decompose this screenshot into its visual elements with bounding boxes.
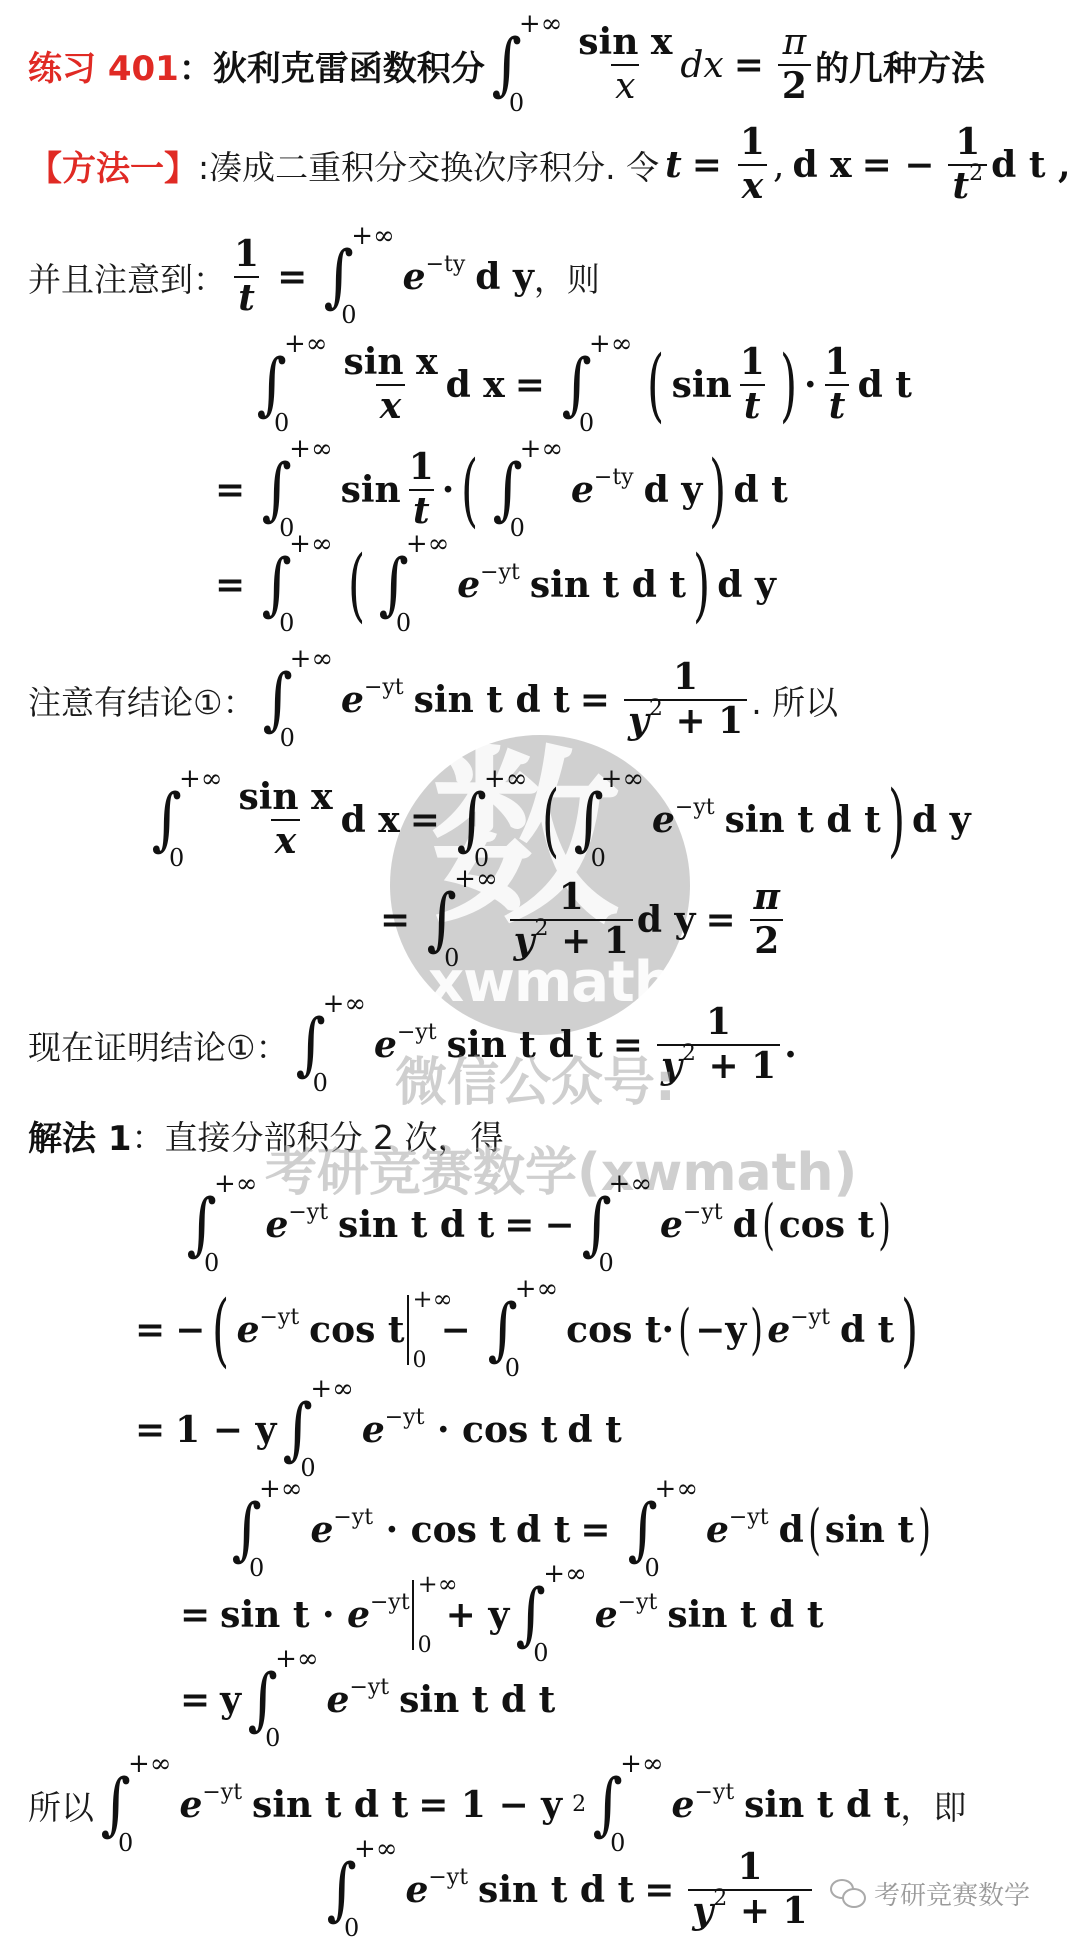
final-formula: ∫+∞0 e−ytsin t d t = 1 − y2 ∫+∞0 e−ytsin… [94, 1771, 900, 1839]
integral-sign: ∫+∞0 [489, 31, 568, 99]
result-line-2: = ∫+∞0 1y2 + 1 d y= π2 [380, 870, 788, 970]
substitution-formula: t= 1x , d x= − 1t2 d t , [659, 124, 1070, 206]
final-tail: ，即 [900, 1782, 966, 1829]
exercise-number: 练习 401 [28, 41, 179, 90]
parts-line-6: =y ∫+∞0 e−ytsin t d t [180, 1650, 555, 1750]
conclusion-tail: . 所以 [751, 677, 838, 724]
derivation-line-1: ∫+∞0 sin xx d x= ∫+∞0 (sin 1t )· 1t d t [250, 335, 912, 435]
prove-text: 现在证明结论①： [28, 1022, 289, 1069]
derivation-line-3: = ∫+∞0 ( ∫+∞0 e−ytsin t d t )d y [215, 535, 776, 635]
note-formula: 1t = ∫+∞0 e−tyd y [226, 236, 534, 318]
parts-line-1: ∫+∞0 e−ytsin t d t =− ∫+∞0 e−ytd(cos t) [180, 1175, 895, 1275]
footer-label: 考研竞赛数学 [874, 1875, 1030, 1912]
derivation-line-2: = ∫+∞0 sin 1t ·( ∫+∞0 e−tyd y )d t [215, 440, 788, 540]
final-result: ∫+∞0 e−ytsin t d t = 1y2 + 1 [320, 1840, 816, 1937]
parts-line-3: =1 − y ∫+∞0 e−yt · cos td t [135, 1380, 622, 1480]
final-text: 所以 [28, 1782, 94, 1829]
method1-line: 【方法一】 :凑成二重积分交换次序积分. 令 t= 1x , d x= − 1t… [28, 120, 1071, 210]
conclusion-text: 注意有结论①： [28, 677, 256, 724]
note-line: 并且注意到： 1t = ∫+∞0 e−tyd y ，则 [28, 232, 600, 322]
title-colon: ： [179, 41, 213, 90]
page-title: 练习 401 ： 狄利克雷函数积分 ∫+∞0 sin xx dx= π2 的几种… [28, 20, 985, 110]
parts-line-2: =− ( e−ytcos t +∞0 − ∫+∞0 cos t·(−y) e−y… [135, 1275, 926, 1385]
note-then: ，则 [534, 254, 600, 301]
title-suffix: 的几种方法 [815, 41, 985, 90]
title-formula: ∫+∞0 sin xx dx= π2 [485, 24, 815, 106]
footer-account: 考研竞赛数学 [830, 1875, 1030, 1912]
result-line-1: ∫+∞0 sin xx d x= ∫+∞0 ( ∫+∞0 e−ytsin t d… [145, 770, 971, 870]
method1-text: :凑成二重积分交换次序积分. 令 [198, 142, 659, 189]
wechat-icon [830, 1879, 866, 1909]
watermark-line-1: 微信公众号: [395, 1040, 676, 1115]
method1-label: 【方法一】 [28, 141, 198, 190]
solution1-label: 解法 1 [28, 1111, 132, 1160]
note-text: 并且注意到： [28, 254, 226, 301]
title-text: 狄利克雷函数积分 [213, 41, 485, 90]
